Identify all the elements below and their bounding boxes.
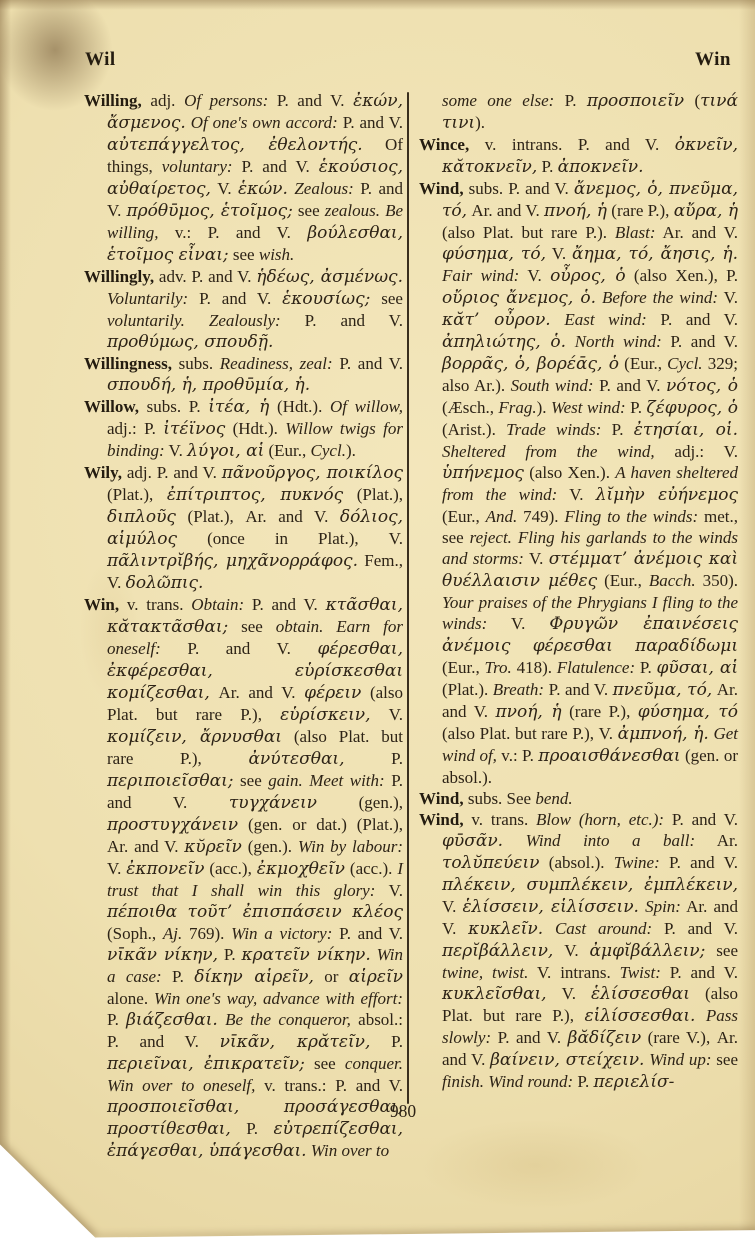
text-run: P. bbox=[554, 91, 587, 110]
text-run: (Eur., bbox=[264, 441, 310, 460]
text-run: Win over to oneself, bbox=[107, 1076, 255, 1095]
text-run: 769). bbox=[182, 924, 231, 943]
text-run: (also Plat. but rare P.), V. bbox=[442, 724, 618, 743]
text-run: V. bbox=[442, 897, 462, 916]
text-run: Bacch. bbox=[649, 571, 696, 590]
text-run: βιάζεσθαι. bbox=[126, 1010, 218, 1030]
text-run: Of willow, bbox=[330, 397, 403, 416]
text-run: P. and V. bbox=[660, 853, 738, 872]
text-run: σπουδή, ἡ, προθῡμία, ἡ. bbox=[107, 375, 310, 395]
text-run: (Soph., bbox=[107, 924, 163, 943]
text-run: Win a victory: bbox=[231, 924, 332, 943]
text-run: P. bbox=[626, 398, 647, 417]
text-run: κρατεῖν νίκην. bbox=[242, 945, 371, 965]
text-run: adj. bbox=[142, 91, 184, 110]
text-run: Sheltered from the wind, bbox=[442, 442, 655, 461]
text-run: εὑρίσκειν, bbox=[280, 705, 370, 725]
text-run: (Eur., bbox=[442, 507, 486, 526]
text-run: P. bbox=[573, 1072, 593, 1091]
text-run: κυκλεῖσθαι, bbox=[442, 984, 547, 1004]
text-run: (Plat.). bbox=[442, 680, 493, 699]
text-run: ἀπηλιώτης, ὁ. bbox=[442, 332, 566, 352]
text-run: Blast: bbox=[615, 223, 656, 242]
text-run: ). bbox=[346, 441, 356, 460]
text-run: P. and V. bbox=[544, 680, 612, 699]
text-run: East wind: bbox=[564, 310, 647, 329]
text-run bbox=[323, 617, 336, 636]
headword: Win, bbox=[84, 595, 119, 614]
text-run: πέποιθα τοῦτ’ ἐπισπάσειν κλέος bbox=[107, 902, 403, 922]
text-run bbox=[551, 310, 565, 329]
text-run: περιελίσ- bbox=[593, 1072, 674, 1092]
text-run: τυγχάνειν bbox=[229, 793, 317, 813]
text-run: Be the conqueror, bbox=[225, 1010, 351, 1029]
text-run: Breath: bbox=[493, 680, 544, 699]
text-run: λύγοι, αἱ bbox=[187, 441, 264, 461]
text-run: adj.: P. bbox=[107, 419, 163, 438]
entry-willow: Willow, subs. P. ἰτέα, ἡ (Hdt.). Of will… bbox=[84, 396, 403, 462]
headword: Wince, bbox=[419, 135, 469, 154]
text-run: V. bbox=[487, 614, 549, 633]
text-run: voluntary: bbox=[162, 157, 233, 176]
text-run: Ar. and V. bbox=[210, 683, 304, 702]
text-run: (also Plat. but rare P.). bbox=[442, 223, 615, 242]
text-run bbox=[503, 831, 526, 850]
text-run: V. bbox=[557, 485, 595, 504]
text-run: (acc.), bbox=[204, 859, 256, 878]
text-run: V. intrans. bbox=[528, 963, 619, 982]
text-run: πᾶνοῦργος, ποικίλος bbox=[222, 463, 403, 483]
text-run: ζέφυρος, ὁ bbox=[646, 398, 738, 418]
headword: Wind, bbox=[419, 179, 464, 198]
text-run: οὔριος ἄνεμος, ὁ. bbox=[442, 288, 596, 308]
text-run: ἀμπνοή, ἡ. bbox=[618, 724, 709, 744]
text-run: see bbox=[705, 941, 738, 960]
text-run: ἐτησίαι, οἱ. bbox=[634, 420, 738, 440]
text-run: ἐκμοχθεῖν bbox=[257, 859, 345, 879]
text-run: (Plat.), Ar. and V. bbox=[176, 507, 340, 526]
entry-willing: Willing, adj. Of persons: P. and V. ἐκών… bbox=[84, 90, 403, 266]
text-run: ). bbox=[475, 113, 485, 132]
text-run: see bbox=[293, 201, 325, 220]
text-run: (also Xen.). bbox=[524, 463, 615, 482]
headword: Willing, bbox=[84, 91, 142, 110]
text-run: P. and V. bbox=[664, 810, 738, 829]
text-run: αὔρα, ἡ bbox=[674, 201, 738, 221]
text-run: V. bbox=[519, 266, 550, 285]
text-run: Ar. and V. bbox=[656, 223, 738, 242]
text-run: φύσημα, τό, bbox=[442, 244, 546, 264]
text-run: βαίνειν, στείχειν. bbox=[490, 1050, 644, 1070]
headword: Wily, bbox=[84, 463, 122, 482]
text-run: conquer. bbox=[345, 1054, 403, 1073]
text-run: κομίζειν, ἄρνυσθαι bbox=[107, 727, 282, 747]
text-run: (gen.), bbox=[317, 793, 403, 812]
text-run: διπλοῦς bbox=[107, 507, 176, 527]
text-run: νῑκᾶν νίκην, bbox=[107, 945, 218, 965]
text-run: Ar. and V. bbox=[467, 201, 544, 220]
column-right: some one else: P. προσποιεῖν (τινά τινι)… bbox=[419, 90, 738, 1162]
page-number: 980 bbox=[390, 1101, 416, 1122]
text-run: (Eur., bbox=[442, 658, 485, 677]
text-run: ἀποκνεῖν. bbox=[558, 157, 644, 177]
text-run: πλέκειν, συμπλέκειν, ἐμπλέκειν, bbox=[442, 875, 738, 895]
text-run: ἡδέως, ἀσμένως. bbox=[256, 267, 403, 287]
headword: Wind, bbox=[419, 789, 464, 808]
text-run: Fling to the winds: bbox=[564, 507, 698, 526]
text-run: V. bbox=[524, 549, 549, 568]
text-run: see bbox=[712, 1050, 738, 1069]
text-run: P. and V. bbox=[161, 639, 318, 658]
text-run: P. and V. bbox=[281, 311, 403, 330]
text-run: v. trans. bbox=[464, 810, 536, 829]
text-run: (Arist.). bbox=[442, 420, 506, 439]
text-run bbox=[218, 1010, 225, 1029]
text-run: προστυγχάνειν bbox=[107, 815, 238, 835]
text-run: V. bbox=[211, 179, 238, 198]
text-run: subs. bbox=[172, 354, 220, 373]
text-run bbox=[185, 311, 209, 330]
text-run: πνοή, ἡ bbox=[495, 702, 561, 722]
paper-edge-left bbox=[0, 0, 11, 1240]
text-run: (rare P.), bbox=[562, 702, 638, 721]
text-run: Spin: bbox=[645, 897, 681, 916]
text-run: πρόθῡμος, ἑτοῖμος; bbox=[126, 201, 292, 221]
text-run: voluntarily. bbox=[107, 311, 185, 330]
text-run: τολῠπεύειν bbox=[442, 853, 540, 873]
text-run: P. and V. bbox=[338, 113, 403, 132]
text-run: V. bbox=[165, 441, 188, 460]
text-run: προσποιεῖν bbox=[587, 91, 684, 111]
headword: Willingness, bbox=[84, 354, 172, 373]
text-run: βορρᾶς, ὁ, βορέᾱς, ὁ bbox=[442, 354, 619, 374]
text-run: see bbox=[229, 245, 259, 264]
text-run: P. and V. bbox=[333, 354, 403, 373]
text-run: ἑκών. bbox=[238, 179, 288, 199]
entry-win-continued: some one else: P. προσποιεῖν (τινά τινι)… bbox=[419, 90, 738, 134]
text-run: P. and V. bbox=[188, 289, 282, 308]
text-run: ἐκπονεῖν bbox=[126, 859, 204, 879]
text-run: alone. bbox=[107, 989, 154, 1008]
text-run: or bbox=[314, 967, 349, 986]
text-run: see bbox=[234, 771, 269, 790]
text-run: Win over to bbox=[311, 1141, 389, 1160]
text-run: wish. bbox=[259, 245, 294, 264]
text-run: adv. P. and V. bbox=[154, 267, 256, 286]
text-run: φέρειν bbox=[304, 683, 361, 703]
running-head-right: Win bbox=[695, 49, 731, 71]
text-run: Readiness, zeal: bbox=[220, 354, 333, 373]
text-run: P. bbox=[635, 658, 656, 677]
text-run: νῑκᾶν, κρᾰτεῖν, bbox=[220, 1032, 371, 1052]
text-run: Blow (horn, etc.): bbox=[536, 810, 664, 829]
text-run: (Plat.), bbox=[107, 485, 167, 504]
text-run: P. bbox=[218, 945, 241, 964]
entry-willingness: Willingness, subs. Readiness, zeal: P. a… bbox=[84, 353, 403, 396]
text-run: v.: P. bbox=[497, 746, 538, 765]
text-run: v. trans. bbox=[119, 595, 191, 614]
text-run: Ar. bbox=[695, 831, 738, 850]
text-run: V. bbox=[546, 244, 572, 263]
text-run: Win by labour: bbox=[298, 837, 403, 856]
text-columns: Willing, adj. Of persons: P. and V. ἐκών… bbox=[84, 90, 738, 1162]
headword: Willingly, bbox=[84, 267, 154, 286]
text-run: Frag. bbox=[498, 398, 536, 417]
text-run: adj. P. and V. bbox=[122, 463, 222, 482]
text-run: Twist: bbox=[620, 963, 661, 982]
text-run: P. bbox=[107, 1010, 126, 1029]
text-run: Fair wind: bbox=[442, 266, 519, 285]
text-run: (Hdt.). bbox=[269, 397, 330, 416]
text-run: P. bbox=[601, 420, 633, 439]
text-run: V. bbox=[375, 881, 403, 900]
text-run: κυκλεῖν. bbox=[468, 919, 543, 939]
text-run: see bbox=[305, 1054, 345, 1073]
text-run: ἄημα, τό, ἄησις, ἡ. bbox=[572, 244, 738, 264]
text-run: φῦσαι, αἱ bbox=[657, 658, 738, 678]
text-run: φῡσᾶν. bbox=[442, 831, 503, 851]
text-run: Zealous: bbox=[294, 179, 354, 198]
text-run: Of persons: bbox=[184, 91, 268, 110]
text-run: αἱρεῖν bbox=[349, 967, 403, 987]
text-run: ἰτέϊνος bbox=[163, 419, 225, 439]
text-run: subs. P. and V. bbox=[464, 179, 574, 198]
text-run: (also Xen.), P. bbox=[626, 266, 738, 285]
text-run: (once in Plat.), V. bbox=[177, 529, 403, 548]
text-run: North wind: bbox=[575, 332, 662, 351]
text-run: Meet with: bbox=[309, 771, 384, 790]
text-run: Flatulence: bbox=[557, 658, 635, 677]
text-run: P. and V. bbox=[233, 157, 319, 176]
text-run: V. bbox=[718, 288, 738, 307]
text-run: P. bbox=[162, 967, 194, 986]
text-run: Obtain: bbox=[191, 595, 244, 614]
text-run: (gen.). bbox=[242, 837, 298, 856]
text-run: (Eur., bbox=[597, 571, 649, 590]
entry-wily: Wily, adj. P. and V. πᾶνοῦργος, ποικίλος… bbox=[84, 462, 403, 594]
text-run: P. and V. bbox=[268, 91, 353, 110]
text-run: δολῶπις. bbox=[126, 573, 204, 593]
text-run: P. and V. bbox=[594, 376, 666, 395]
text-run: obtain. bbox=[276, 617, 324, 636]
text-run: Trade winds: bbox=[506, 420, 601, 439]
text-run: P. and V. bbox=[662, 332, 738, 351]
text-run: Wind round: bbox=[488, 1072, 573, 1091]
text-run bbox=[695, 1006, 705, 1025]
text-run: αὐτεπάγγελτος, ἐθελοντής. bbox=[107, 135, 363, 155]
text-run: ( bbox=[684, 91, 700, 110]
running-head-left: Wil bbox=[85, 49, 116, 71]
text-run: v. intrans. P. and V. bbox=[469, 135, 675, 154]
text-run: ἑλίσσεσθαι bbox=[591, 984, 690, 1004]
text-run: South wind: bbox=[511, 376, 594, 395]
column-divider-rule bbox=[407, 92, 409, 1104]
text-run: (Eur., bbox=[619, 354, 667, 373]
entry-willingly: Willingly, adv. P. and V. ἡδέως, ἀσμένως… bbox=[84, 266, 403, 353]
text-run: V. bbox=[371, 705, 403, 724]
text-run: ἑκουσίως; bbox=[282, 289, 370, 309]
text-run: V. bbox=[107, 859, 126, 878]
text-run: subs. P. bbox=[139, 397, 208, 416]
text-run: Of one's own accord: bbox=[191, 113, 338, 132]
text-run: βᾰδίζειν bbox=[568, 1028, 642, 1048]
text-run: P. and V. bbox=[491, 1028, 568, 1047]
entry-wind-verb: Wind, v. trans. Blow (horn, etc.): P. an… bbox=[419, 809, 738, 1093]
text-run: some one else: bbox=[442, 91, 554, 110]
text-run: ἑλίσσειν, εἱλίσσειν. bbox=[462, 897, 639, 917]
text-run: P. bbox=[370, 1032, 403, 1051]
text-run: P. and V. bbox=[661, 963, 738, 982]
text-run bbox=[543, 919, 555, 938]
text-run: v. trans.: P. and V. bbox=[255, 1076, 403, 1095]
text-run: And. bbox=[486, 507, 518, 526]
text-run: West wind: bbox=[551, 398, 626, 417]
text-run: νότος, ὁ bbox=[666, 376, 738, 396]
text-run: λῐμὴν εὐήνεμος bbox=[596, 485, 738, 505]
text-run: P. and V. bbox=[652, 919, 738, 938]
text-run: v.: P. and V. bbox=[158, 223, 307, 242]
column-left: Willing, adj. Of persons: P. and V. ἐκών… bbox=[84, 90, 403, 1162]
text-run: προαισθάνεσθαι bbox=[538, 746, 680, 766]
text-run: see bbox=[228, 617, 275, 636]
text-run: zealous. bbox=[325, 201, 380, 220]
text-run: Wind up: bbox=[649, 1050, 711, 1069]
text-run: (acc.). bbox=[345, 859, 397, 878]
text-run: 418). bbox=[512, 658, 557, 677]
text-run: περιεῖναι, ἐπικρατεῖν; bbox=[107, 1054, 305, 1074]
text-run: reject. bbox=[470, 528, 512, 547]
text-run: Zealously: bbox=[209, 311, 281, 330]
text-run: (Plat.), bbox=[343, 485, 403, 504]
text-run: ἀμφῐβάλλειν; bbox=[590, 941, 706, 961]
text-run: Wind into a ball: bbox=[526, 831, 696, 850]
text-run: V. bbox=[553, 941, 589, 960]
text-run: P. bbox=[231, 1119, 274, 1138]
text-run: ἐπίτριπτος, πυκνός bbox=[167, 485, 343, 505]
entry-wind-see-bend: Wind, subs. See bend. bbox=[419, 788, 738, 809]
text-run: δίκην αἱρεῖν, bbox=[194, 967, 314, 987]
entry-wind-subs: Wind, subs. P. and V. ἄνεμος, ὁ, πνεῦμα,… bbox=[419, 178, 738, 788]
text-run: εἱλίσσεσθαι. bbox=[584, 1006, 695, 1026]
text-run: (Æsch., bbox=[442, 398, 498, 417]
text-run: 350). bbox=[696, 571, 738, 590]
text-run: Aj. bbox=[163, 924, 182, 943]
text-run: finish. bbox=[442, 1072, 484, 1091]
text-run: P. and V. bbox=[647, 310, 738, 329]
text-run: ). bbox=[537, 398, 551, 417]
text-run: bend. bbox=[535, 789, 572, 808]
text-run: πᾶλιντρῐβής, μηχᾶνορράφος. bbox=[107, 551, 358, 571]
text-run: Before the wind: bbox=[602, 288, 718, 307]
text-run: περῐβάλλειν, bbox=[442, 941, 553, 961]
text-run: Cycl. bbox=[667, 354, 702, 373]
text-run: 749). bbox=[517, 507, 564, 526]
text-run bbox=[566, 332, 575, 351]
text-run: οὖρος, ὁ bbox=[550, 266, 625, 286]
text-run: P. bbox=[345, 749, 403, 768]
text-run: Twine: bbox=[614, 853, 660, 872]
text-run: κῠρεῖν bbox=[184, 837, 242, 857]
text-run: P. and V. bbox=[332, 924, 403, 943]
headword: Willow, bbox=[84, 397, 139, 416]
text-run: Cycl. bbox=[311, 441, 346, 460]
text-run: P. and V. bbox=[244, 595, 325, 614]
text-run: Cast around: bbox=[555, 919, 652, 938]
paper-edge-right bbox=[739, 0, 755, 1240]
text-run: ἰτέα, ἡ bbox=[208, 397, 269, 417]
headword: Wind, bbox=[419, 810, 464, 829]
entry-wince: Wince, v. intrans. P. and V. ὀκνεῖν, κᾰτ… bbox=[419, 134, 738, 178]
text-run: (absol.). bbox=[540, 853, 614, 872]
dictionary-page: Wil Win Willing, adj. Of persons: P. and… bbox=[0, 0, 755, 1240]
text-run: Tro. bbox=[485, 658, 512, 677]
text-run: P. bbox=[537, 157, 557, 176]
text-run: V. bbox=[547, 984, 591, 1003]
text-run: (Hdt.). bbox=[225, 419, 285, 438]
text-run: περιποιεῖσθαι; bbox=[107, 771, 234, 791]
text-run: gain. bbox=[268, 771, 302, 790]
entry-win: Win, v. trans. Obtain: P. and V. κτᾶσθαι… bbox=[84, 594, 403, 1162]
text-run: κᾰτ’ οὖρον. bbox=[442, 310, 551, 330]
text-run: ἀνύτεσθαι, bbox=[248, 749, 344, 769]
text-run: ὑπήνεμος bbox=[442, 463, 524, 483]
text-run: see bbox=[370, 289, 403, 308]
text-run: Win one's way, advance with effort: bbox=[154, 989, 403, 1008]
text-run: προθύμως, σπουδῇ. bbox=[107, 332, 273, 352]
text-run: φύσημα, τό bbox=[638, 702, 738, 722]
text-run: (rare P.), bbox=[607, 201, 674, 220]
text-run: πνοή, ἡ bbox=[544, 201, 607, 221]
text-run: subs. See bbox=[464, 789, 536, 808]
text-run: πνεῦμα, τό, bbox=[613, 680, 713, 700]
text-run: twine, twist. bbox=[442, 963, 528, 982]
text-run: Voluntarily: bbox=[107, 289, 188, 308]
text-run: adj.: V. bbox=[655, 442, 738, 461]
